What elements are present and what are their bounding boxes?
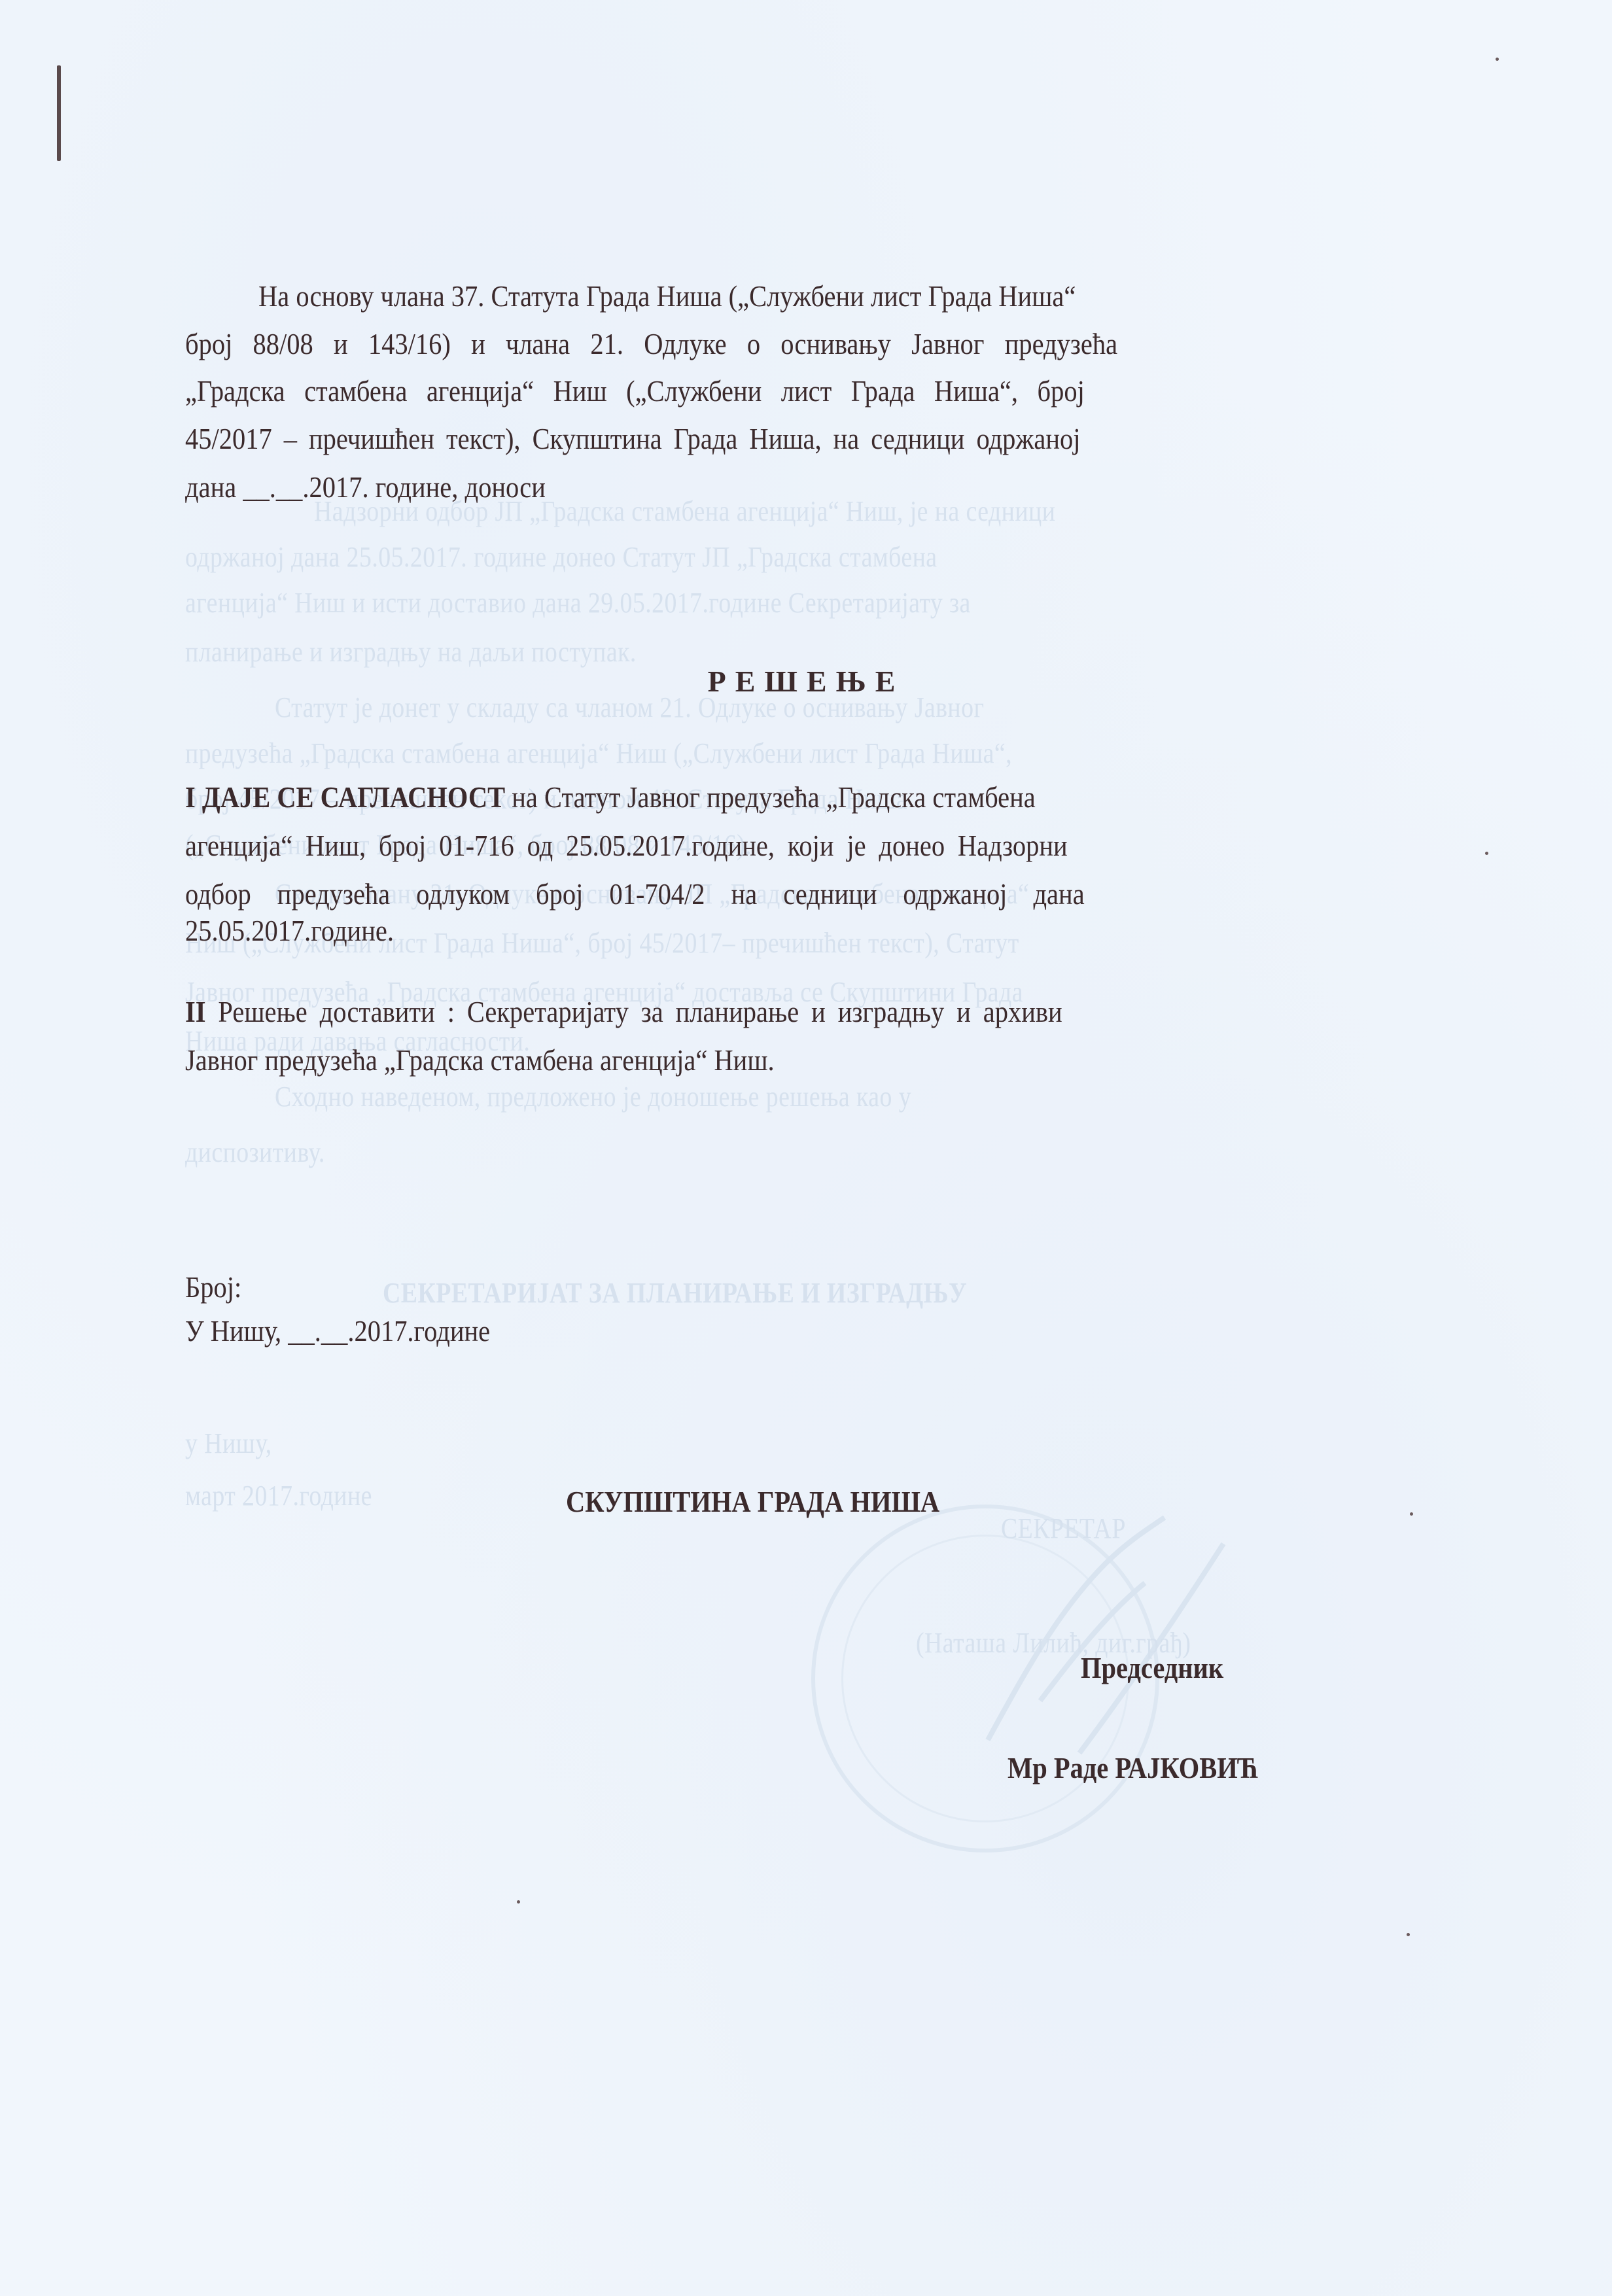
item-1-line: 25.05.2017.године.: [185, 916, 394, 946]
ghost-place: у Нишу,: [185, 1429, 272, 1458]
intro-line: 45/2017 – пречишћен текст), Скупштина Гр…: [185, 424, 1080, 454]
item-2-line: II Решење доставити : Секретаријату за п…: [185, 997, 1062, 1027]
ghost-heading: СЕКРЕТАРИЈАТ ЗА ПЛАНИРАЊЕ И ИЗГРАДЊУ: [383, 1279, 967, 1308]
speck: [1410, 1512, 1413, 1516]
speck: [1496, 58, 1499, 61]
ghost-line: Сходно наведеном, предложено је доношење…: [275, 1083, 911, 1111]
ghost-line: одржаној дана 25.05.2017. године донео С…: [185, 543, 937, 572]
item-2-label: II: [185, 995, 206, 1028]
ghost-line: предузећа „Градска стамбена агенција“ Ни…: [185, 739, 1012, 768]
item-1-text: на Статут Јавног предузећа „Градска стам…: [512, 780, 1036, 814]
number-label: Број:: [185, 1272, 241, 1302]
intro-line: На основу члана 37. Статута Града Ниша (…: [258, 281, 1076, 311]
ghost-stamp-role: СЕКРЕТАР: [1001, 1514, 1126, 1543]
speck: [1485, 852, 1488, 855]
ghost-line: планирање и изградњу на даљи поступак.: [185, 638, 637, 667]
ghost-line: диспозитиву.: [185, 1138, 325, 1167]
margin-mark: [57, 65, 61, 161]
document-page: Надзорни одбор ЈП „Градска стамбена аген…: [0, 0, 1612, 2296]
signatory-name: Мр Раде РАЈКОВИЋ: [1008, 1753, 1259, 1783]
place-date: У Нишу, __.__.2017.године: [185, 1316, 490, 1346]
ghost-date: март 2017.године: [185, 1482, 372, 1510]
item-1-line: одбор предузећа одлуком број 01-704/2 на…: [185, 879, 1085, 909]
item-2-line: Јавног предузећа „Градска стамбена агенц…: [185, 1045, 775, 1075]
intro-line: број 88/08 и 143/16) и члана 21. Одлуке …: [185, 329, 1117, 359]
speck: [1407, 1933, 1410, 1936]
speck: [517, 1900, 520, 1904]
signatory-role: Председник: [1081, 1653, 1223, 1683]
item-1-line: I ДАЈЕ СЕ САГЛАСНОСТ на Статут Јавног пр…: [185, 782, 1036, 812]
item-1-label: I ДАЈЕ СЕ САГЛАСНОСТ: [185, 780, 505, 814]
intro-line: „Градска стамбена агенција“ Ниш („Службе…: [185, 376, 1085, 406]
item-2-text: Решење доставити : Секретаријату за план…: [218, 995, 1062, 1028]
decision-title: РЕШЕЊЕ: [0, 664, 1612, 699]
item-1-line: агенција“ Ниш, број 01-716 од 25.05.2017…: [185, 831, 1068, 861]
issuing-body: СКУПШТИНА ГРАДА НИША: [566, 1487, 939, 1517]
intro-line: дана __.__.2017. године, доноси: [185, 472, 546, 502]
ghost-line: агенција“ Ниш и исти доставио дана 29.05…: [185, 589, 971, 617]
